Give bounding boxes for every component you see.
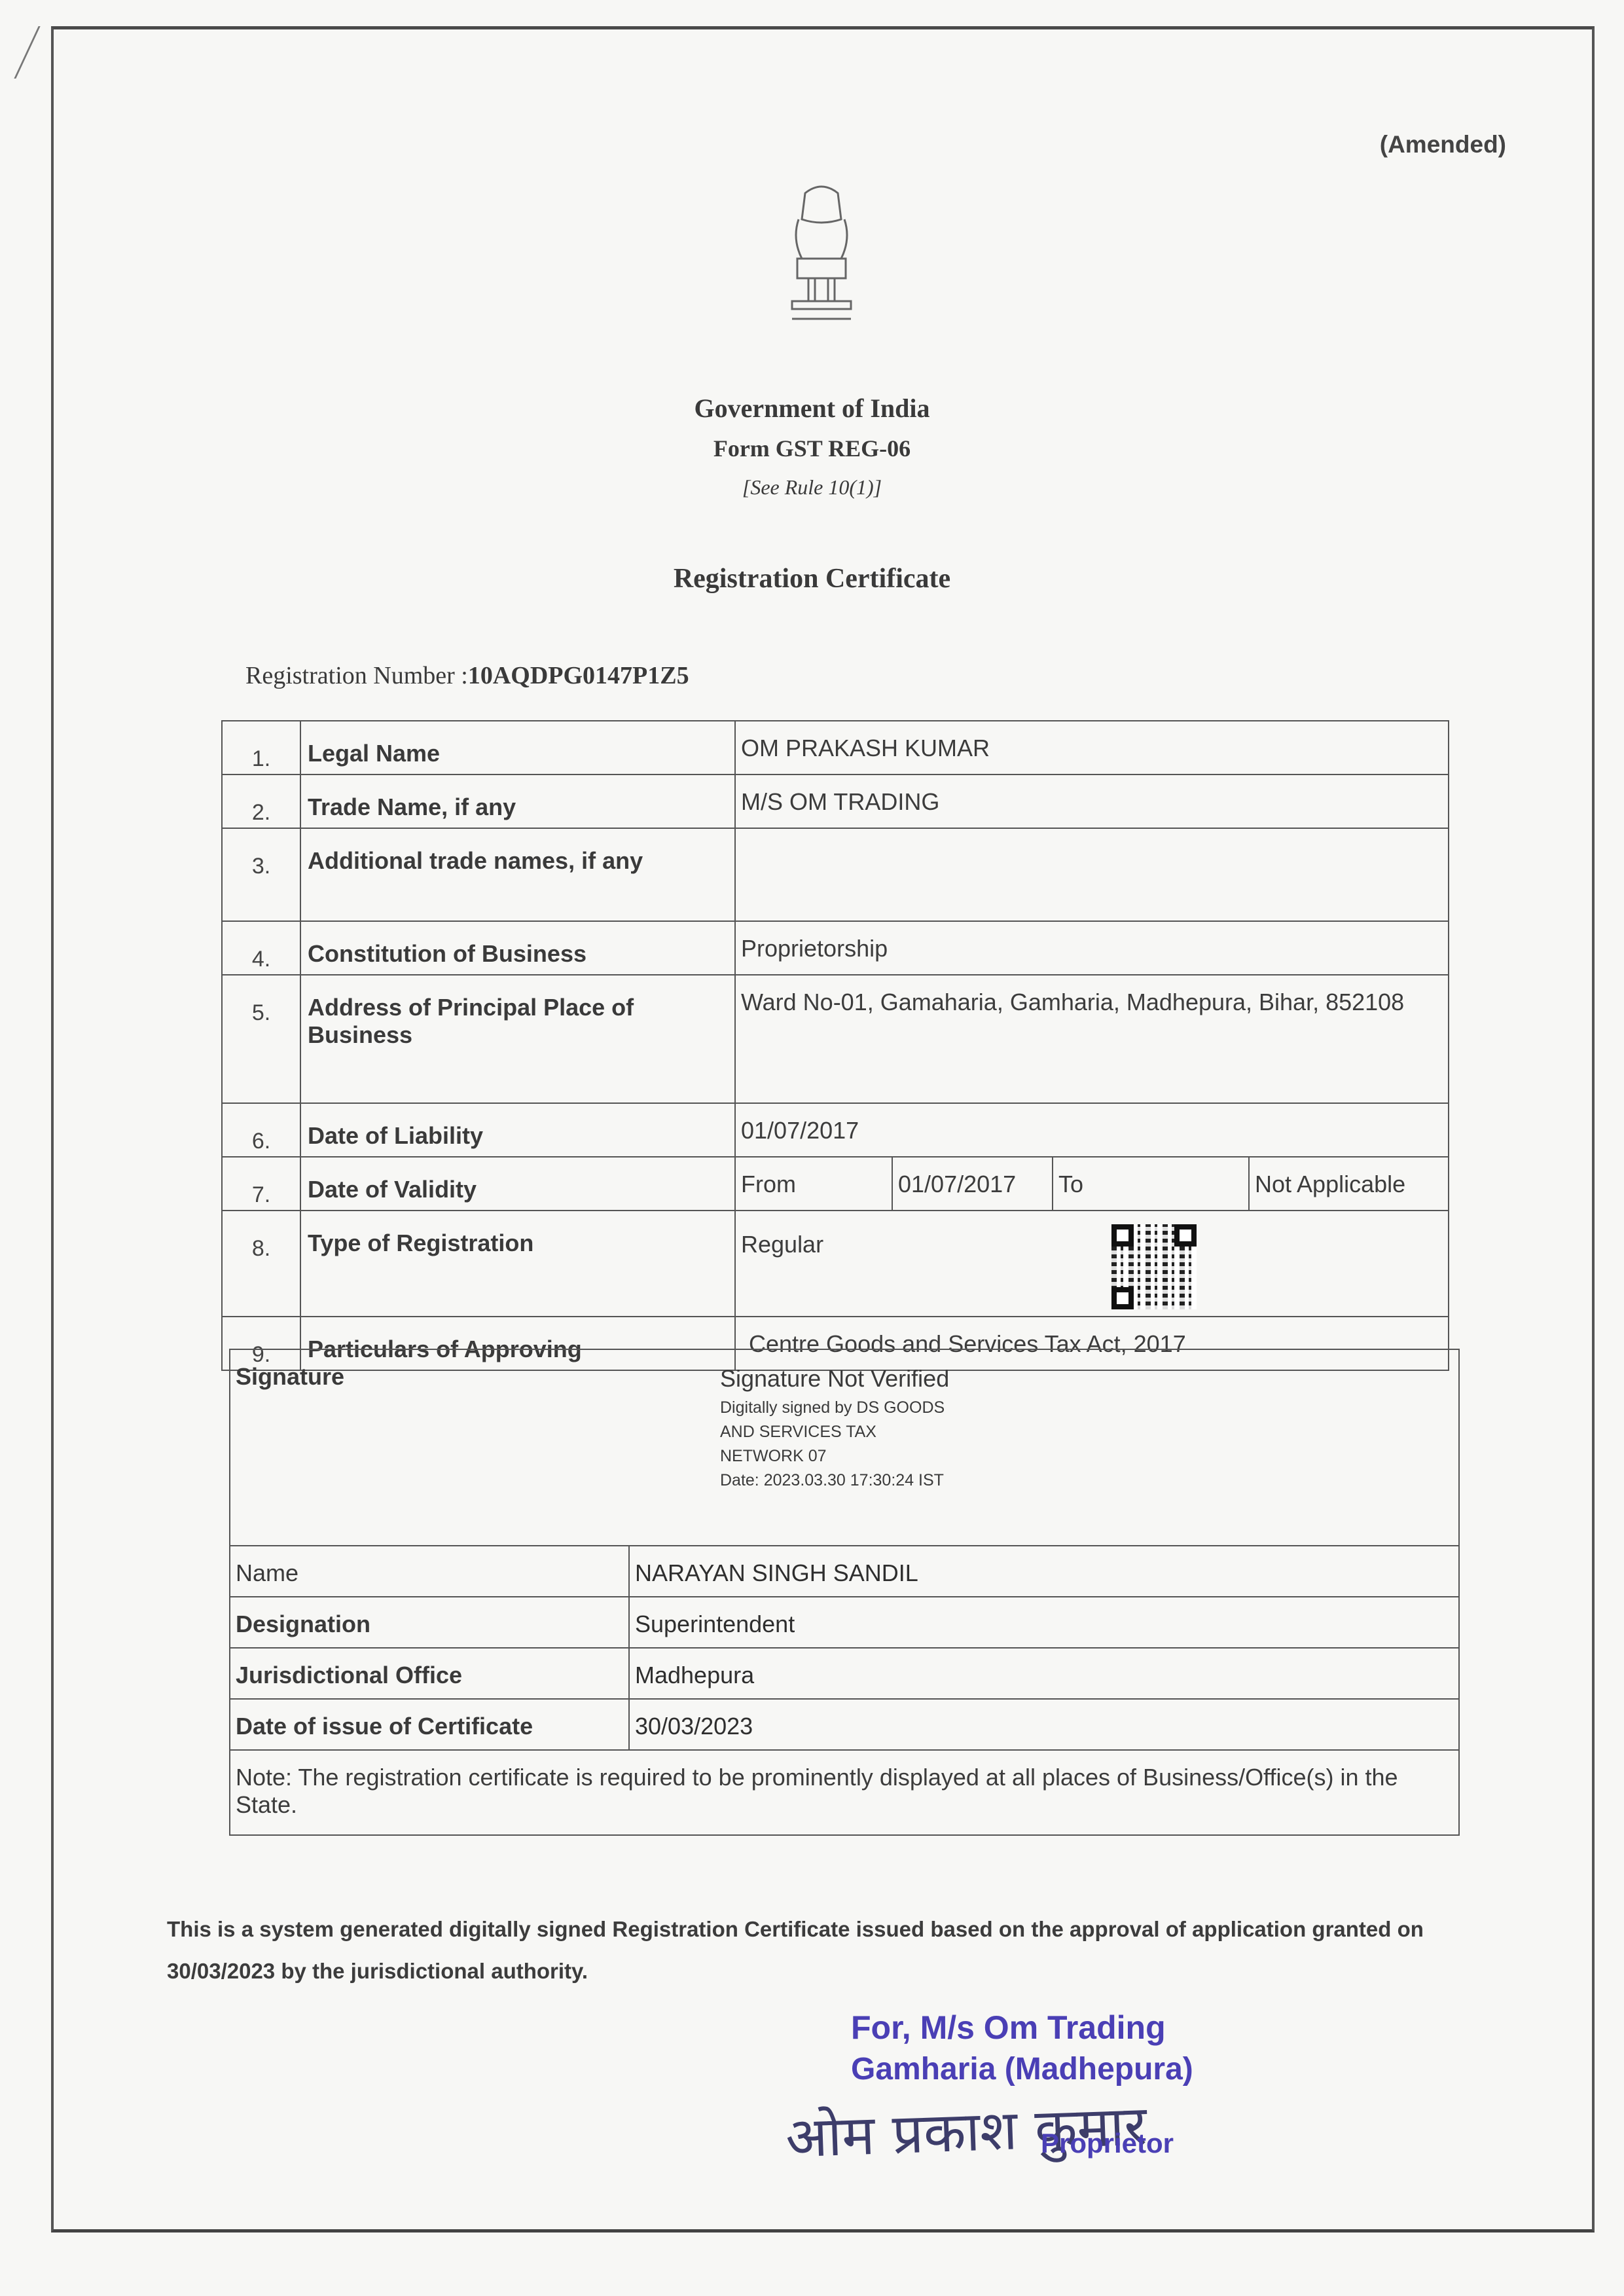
- digital-signature-block: Signature Not Verified Digitally signed …: [720, 1365, 949, 1489]
- registration-number: Registration Number :10AQDPG0147P1Z5: [245, 661, 689, 690]
- signature-line: NETWORK 07: [720, 1448, 949, 1465]
- issue-date-value: 30/03/2023: [629, 1699, 1459, 1750]
- table-row: Designation Superintendent: [230, 1597, 1459, 1648]
- certificate-title: Registration Certificate: [0, 563, 1624, 594]
- note-row: Note: The registration certificate is re…: [230, 1750, 1459, 1835]
- legal-name-value: OM PRAKASH KUMAR: [735, 721, 1449, 774]
- jurisdictional-office-label: Jurisdictional Office: [230, 1648, 629, 1699]
- form-heading: Form GST REG-06: [0, 435, 1624, 462]
- row-label: Date of Liability: [300, 1103, 735, 1157]
- table-row: 7. Date of Validity From 01/07/2017 To N…: [222, 1157, 1449, 1211]
- rule-reference: [See Rule 10(1)]: [0, 475, 1624, 500]
- government-heading: Government of India: [0, 393, 1624, 424]
- table-row: Name NARAYAN SINGH SANDIL: [230, 1546, 1459, 1597]
- additional-trade-names-value: [735, 828, 1449, 921]
- national-emblem-icon: [779, 180, 864, 331]
- row-label: Trade Name, if any: [300, 774, 735, 828]
- row-number: 4.: [222, 921, 300, 975]
- table-row: Jurisdictional Office Madhepura: [230, 1648, 1459, 1699]
- registration-number-value: 10AQDPG0147P1Z5: [468, 662, 689, 689]
- designation-value: Superintendent: [629, 1597, 1459, 1648]
- row-number: 5.: [222, 975, 300, 1103]
- row-label: Date of Validity: [300, 1157, 735, 1211]
- business-stamp: For, M/s Om Trading Gamharia (Madhepura): [851, 2007, 1193, 2090]
- signature-status: Signature Not Verified: [720, 1365, 949, 1393]
- date-of-liability-value: 01/07/2017: [735, 1103, 1449, 1157]
- constitution-value: Proprietorship: [735, 921, 1449, 975]
- address-value: Ward No-01, Gamaharia, Gamharia, Madhepu…: [735, 975, 1449, 1103]
- row-label: Address of Principal Place of Business: [300, 975, 735, 1103]
- amended-label: (Amended): [1380, 131, 1506, 158]
- officer-name-label: Name: [230, 1546, 629, 1597]
- row-label: Type of Registration: [300, 1211, 735, 1317]
- row-number: 3.: [222, 828, 300, 921]
- registration-details-table: 1. Legal Name OM PRAKASH KUMAR 2. Trade …: [221, 720, 1449, 1371]
- row-label: Legal Name: [300, 721, 735, 774]
- row-number: 1.: [222, 721, 300, 774]
- issue-date-label: Date of issue of Certificate: [230, 1699, 629, 1750]
- stamp-line-1: For, M/s Om Trading: [851, 2007, 1193, 2049]
- table-row: Date of issue of Certificate 30/03/2023: [230, 1699, 1459, 1750]
- table-row: 8. Type of Registration Regular: [222, 1211, 1449, 1317]
- row-number: 8.: [222, 1211, 300, 1317]
- registration-number-label: Registration Number :: [245, 662, 468, 689]
- validity-to-value: Not Applicable: [1249, 1157, 1449, 1211]
- proprietor-label: Proprietor: [1041, 2128, 1174, 2159]
- jurisdictional-office-value: Madhepura: [629, 1648, 1459, 1699]
- validity-to-label: To: [1053, 1157, 1249, 1211]
- row-number: 2.: [222, 774, 300, 828]
- validity-from-label: From: [735, 1157, 892, 1211]
- row-number: 7.: [222, 1157, 300, 1211]
- table-row: 5. Address of Principal Place of Busines…: [222, 975, 1449, 1103]
- table-row: 4. Constitution of Business Proprietorsh…: [222, 921, 1449, 975]
- table-row: 6. Date of Liability 01/07/2017: [222, 1103, 1449, 1157]
- table-row: 1. Legal Name OM PRAKASH KUMAR: [222, 721, 1449, 774]
- table-row: 3. Additional trade names, if any: [222, 828, 1449, 921]
- registration-type-value: Regular: [741, 1231, 823, 1258]
- stamp-line-2: Gamharia (Madhepura): [851, 2049, 1193, 2090]
- system-generated-notice: This is a system generated digitally sig…: [167, 1908, 1515, 1992]
- signature-line: Digitally signed by DS GOODS: [720, 1399, 949, 1417]
- trade-name-value: M/S OM TRADING: [735, 774, 1449, 828]
- designation-label: Designation: [230, 1597, 629, 1648]
- row-label: Constitution of Business: [300, 921, 735, 975]
- signature-date: Date: 2023.03.30 17:30:24 IST: [720, 1472, 949, 1489]
- signature-line: AND SERVICES TAX: [720, 1423, 949, 1441]
- display-note: Note: The registration certificate is re…: [230, 1750, 1459, 1835]
- validity-from-value: 01/07/2017: [892, 1157, 1053, 1211]
- officer-name-value: NARAYAN SINGH SANDIL: [629, 1546, 1459, 1597]
- registration-type-cell: Regular: [735, 1211, 1449, 1317]
- qr-code-icon: [1111, 1224, 1197, 1309]
- row-label: Additional trade names, if any: [300, 828, 735, 921]
- table-row: 2. Trade Name, if any M/S OM TRADING: [222, 774, 1449, 828]
- row-number: 6.: [222, 1103, 300, 1157]
